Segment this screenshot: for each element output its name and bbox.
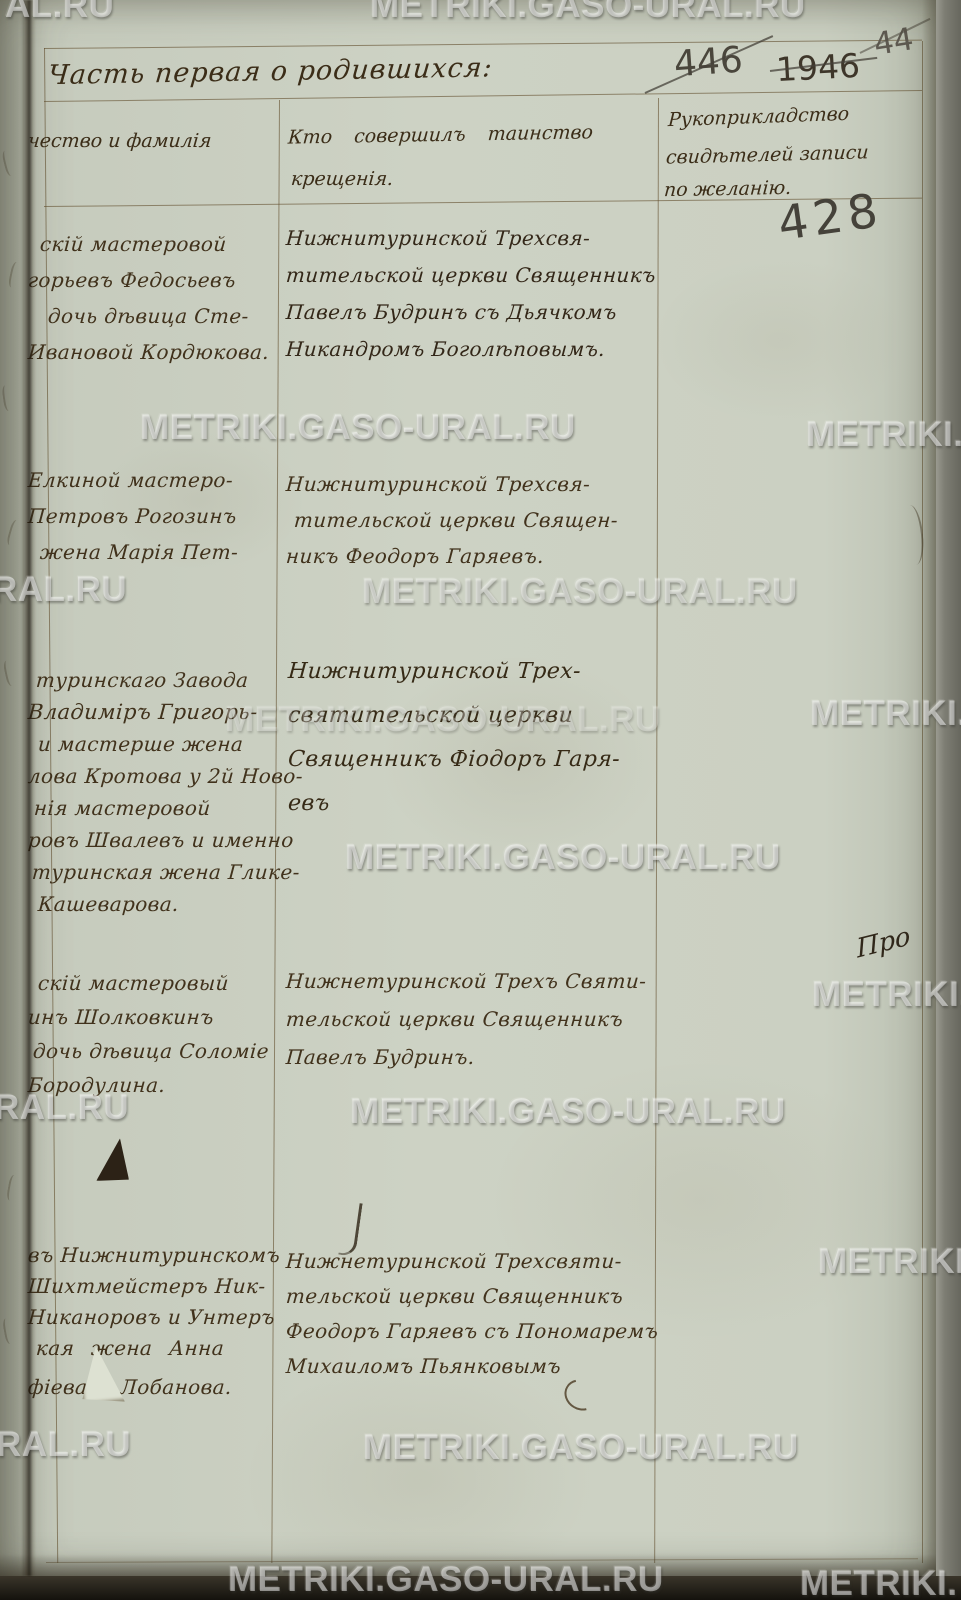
handwritten-line: Михаиломъ Пьянковымъ: [285, 1349, 660, 1384]
entry-5-celebrant-cell: Нижнетуринской Трехсвяти- тельской церкв…: [286, 1244, 658, 1384]
handwritten-line: Нижнетуринской Трехъ Святи-: [285, 962, 648, 1000]
entry-4-celebrant-cell: Нижнетуринской Трехъ Святи- тельской цер…: [286, 962, 646, 1076]
handwritten-line: Елкиной мастеро-: [27, 462, 240, 498]
handwritten-line: скій мастеровый: [37, 966, 270, 1000]
handwritten-line: Павелъ Будринъ.: [285, 1038, 648, 1076]
watermark: METRIKI.GASO-URAL.RU: [228, 1560, 664, 1600]
watermark: RAL.RU: [0, 1425, 131, 1465]
handwritten-line: инъ Шолковкинъ: [27, 1000, 270, 1034]
watermark: METRIKI.GASO-URAL.RU: [345, 838, 781, 878]
watermark: METRIKI.GASO-URAL.RU: [350, 1092, 786, 1132]
handwritten-line: Священникъ Фіодоръ Гаря-: [286, 738, 621, 782]
handwritten-line: Нижнитуринской Трех-: [286, 650, 621, 694]
entry-2-celebrant-cell: Нижнитуринской Трехсвя- тительской церкв…: [286, 466, 618, 574]
handwritten-line: Нижнитуринской Трехсвя-: [285, 466, 620, 502]
handwritten-line: лова Кротова у 2й Ново-: [27, 760, 304, 792]
handwritten-line: скій мастеровой: [39, 226, 271, 262]
handwritten-line: Никандромъ Боголѣповымъ.: [285, 331, 657, 368]
handwritten-line: никъ Феодоръ Гаряевъ.: [285, 538, 620, 574]
watermark: METRIKI.: [806, 415, 961, 455]
scan-background-right: [936, 0, 961, 1600]
handwritten-line: нія мастеровой: [33, 792, 304, 824]
column-header-witnesses-line3: по желанію.: [663, 177, 792, 201]
handwritten-line: Павелъ Будринъ съ Дьячкомъ: [285, 294, 657, 331]
watermark: METRIKI.: [810, 694, 961, 734]
handwritten-line: жена Марія Пет-: [39, 534, 240, 570]
watermark: METRIKI.: [818, 1242, 961, 1282]
watermark: METRIKI.: [800, 1564, 958, 1600]
column-header-names: чество и фамилія: [27, 130, 212, 152]
entry-2-names-cell: Елкиной мастеро- Петровъ Рогозинъ жена М…: [28, 462, 238, 570]
handwritten-line: тительской церкви Священникъ: [285, 257, 657, 294]
entry-1-names-cell: скій мастеровой горьевъ Федосьевъ дочь д…: [28, 226, 269, 370]
watermark: RAL.RU: [0, 570, 127, 610]
handwritten-line: фіева Лобанова.: [27, 1372, 281, 1403]
handwritten-line: Нижнитуринской Трехсвя-: [285, 220, 657, 257]
handwritten-line: дочь дѣвица Сте-: [47, 298, 271, 334]
watermark: METRIKI.GASO-URAL.RU: [362, 572, 798, 612]
watermark: RAL.RU: [0, 1088, 129, 1128]
watermark: METRIKI.GASO-URAL.RU: [363, 1428, 799, 1468]
watermark: METRIKI.GASO-URAL.RU: [225, 700, 661, 740]
handwritten-line: Феодоръ Гаряевъ съ Пономаремъ: [285, 1314, 660, 1349]
watermark: METRIKI.: [812, 975, 961, 1015]
handwritten-line: ровъ Швалевъ и именно: [27, 824, 304, 856]
handwritten-line: тельской церкви Священникъ: [285, 1279, 660, 1314]
handwritten-line: Петровъ Рогозинъ: [27, 498, 240, 534]
handwritten-line: въ Нижнитуринскомъ: [27, 1240, 281, 1271]
handwritten-line: Шихтмейстеръ Ник-: [27, 1271, 281, 1302]
watermark: AL.RU: [5, 0, 114, 26]
scanned-metrical-book-page: Часть первая о родившихся: 446 1946 44 ч…: [0, 0, 961, 1600]
handwritten-line: евъ: [286, 782, 621, 826]
entry-4-names-cell: скій мастеровый инъ Шолковкинъ дочь дѣви…: [28, 966, 269, 1102]
handwritten-line: дочь дѣвица Соломіе: [32, 1034, 270, 1068]
table-right-border: [922, 41, 923, 1563]
entry-5-names-cell: въ Нижнитуринскомъ Шихтмейстеръ Ник- Ник…: [28, 1240, 280, 1403]
column-header-celebrant-line2: крещенія.: [290, 168, 394, 190]
handwritten-line: Кашеварова.: [37, 888, 304, 920]
handwritten-line: горьевъ Федосьевъ: [27, 262, 271, 298]
entry-1-celebrant-cell: Нижнитуринской Трехсвя- тительской церкв…: [286, 220, 656, 368]
handwritten-line: тельской церкви Священникъ: [285, 1000, 648, 1038]
watermark: METRIKI.GASO-URAL.RU: [140, 408, 576, 448]
handwritten-line: Никаноровъ и Унтеръ: [27, 1302, 281, 1333]
handwritten-line: Ивановой Кордюкова.: [27, 334, 271, 370]
handwritten-line: кая жена Анна: [35, 1333, 281, 1364]
handwritten-line: туринская жена Глике-: [31, 856, 304, 888]
handwritten-line: туринскаго Завода: [35, 664, 304, 696]
handwritten-line: тительской церкви Священ-: [293, 502, 620, 538]
watermark: METRIKI.GASO-URAL.RU: [370, 0, 806, 26]
